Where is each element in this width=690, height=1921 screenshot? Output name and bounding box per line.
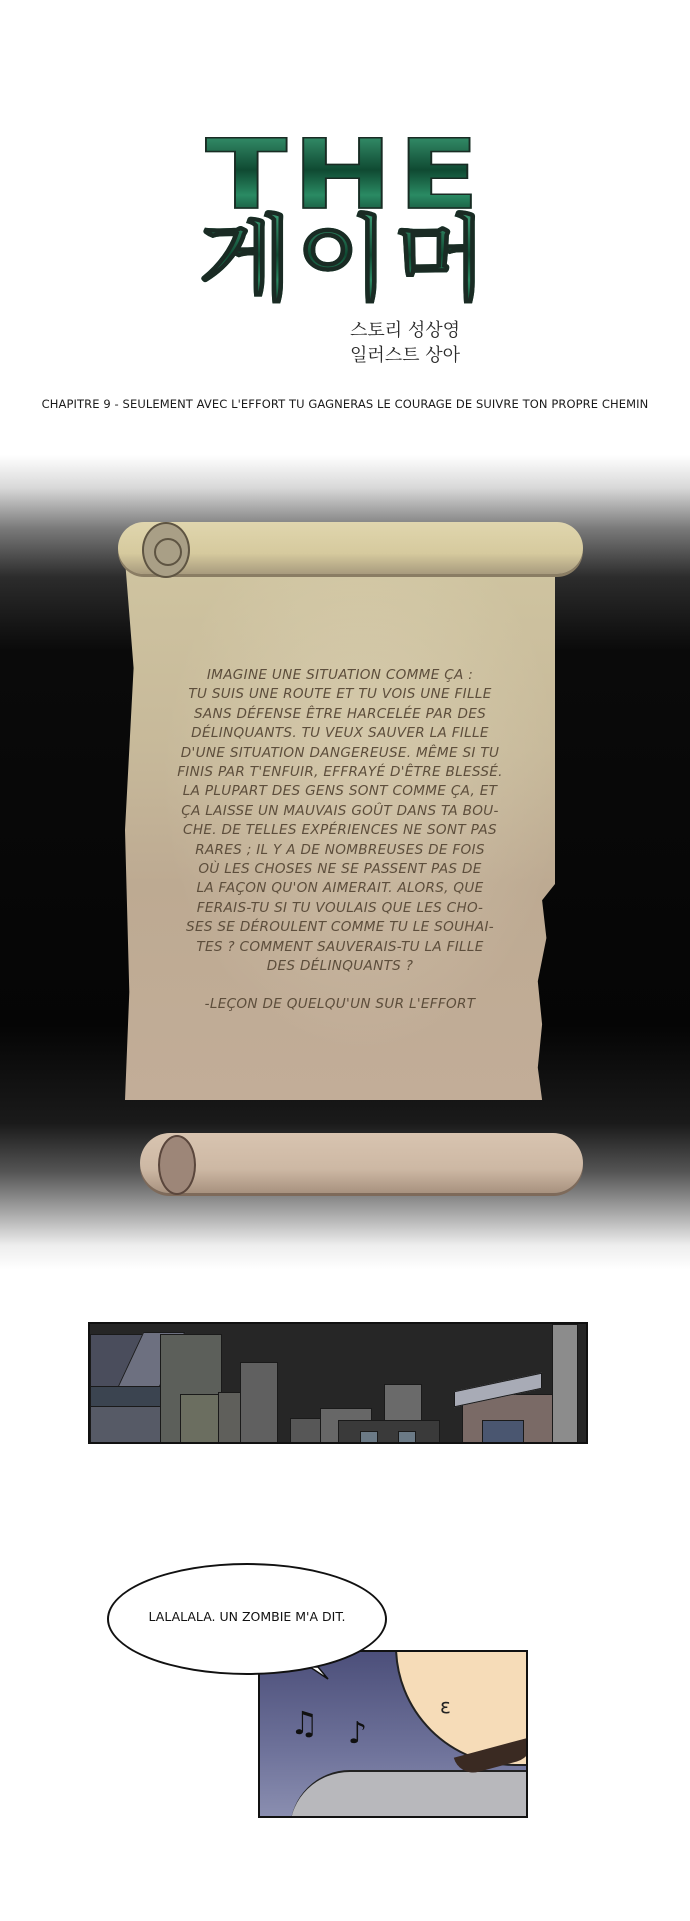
scroll-line: D'UNE SITUATION DANGEREUSE. MÊME SI TU [165,744,515,763]
scroll-roll-end-icon [142,522,190,578]
pole [552,1324,578,1444]
chapter-title: CHAPITRE 9 - SEULEMENT AVEC L'EFFORT TU … [0,397,690,411]
building [240,1362,278,1444]
scroll-bottom-roll [140,1133,583,1193]
scroll-line: DÉLINQUANTS. TU VEUX SAUVER LA FILLE [165,724,515,743]
window [482,1420,524,1444]
scroll-line: FERAIS-TU SI TU VOULAIS QUE LES CHO- [165,899,515,918]
panel-city-night [88,1322,588,1444]
scroll-roll-end-icon [158,1135,196,1195]
building [338,1420,440,1444]
window [398,1431,416,1444]
whistling-mouth-icon: ε [440,1694,451,1718]
window [360,1431,378,1444]
scroll-line: SANS DÉFENSE ÊTRE HARCELÉE PAR DES [165,705,515,724]
music-notes-icon: ♫ [290,1704,319,1742]
scroll-line: CHE. DE TELLES EXPÉRIENCES NE SONT PAS [165,821,515,840]
scroll-line: SES SE DÉROULENT COMME TU LE SOUHAI- [165,918,515,937]
music-note-icon: ♪ [348,1716,367,1751]
scroll-line: FINIS PAR T'ENFUIR, EFFRAYÉ D'ÊTRE BLESS… [165,763,515,782]
credits: 스토리 성상영 일러스트 상아 [350,318,550,368]
scroll-line: OÙ LES CHOSES NE SE PASSENT PAS DE [165,860,515,879]
character-shirt [290,1770,528,1818]
scroll-line: RARES ; IL Y A DE NOMBREUSES DE FOIS [165,841,515,860]
scroll-line: ÇA LAISSE UN MAUVAIS GOÛT DANS TA BOU- [165,802,515,821]
speech-bubble-tail [310,1667,330,1681]
credit-illustration: 일러스트 상아 [350,343,550,368]
speech-bubble: LALALALA. UN ZOMBIE M'A DIT. [107,1563,387,1675]
credit-story: 스토리 성상영 [350,318,550,343]
scroll-line: LA PLUPART DES GENS SONT COMME ÇA, ET [165,782,515,801]
scroll-line: DES DÉLINQUANTS ? [165,957,515,976]
scroll-line: TU SUIS UNE ROUTE ET TU VOIS UNE FILLE [165,685,515,704]
scroll-line: IMAGINE UNE SITUATION COMME ÇA : [165,666,515,685]
scroll-signature: -LEÇON DE QUELQU'UN SUR L'EFFORT [165,996,515,1012]
speech-bubble-text: LALALALA. UN ZOMBIE M'A DIT. [109,1609,385,1624]
scroll-text: IMAGINE UNE SITUATION COMME ÇA : TU SUIS… [165,666,515,977]
scroll-line: LA FAÇON QU'ON AIMERAIT. ALORS, QUE [165,879,515,898]
logo-title-korean: 게이머 [0,210,690,310]
scroll-line: TES ? COMMENT SAUVERAIS-TU LA FILLE [165,938,515,957]
panel-whistling-character: ε ♫ ♪ [258,1650,528,1818]
